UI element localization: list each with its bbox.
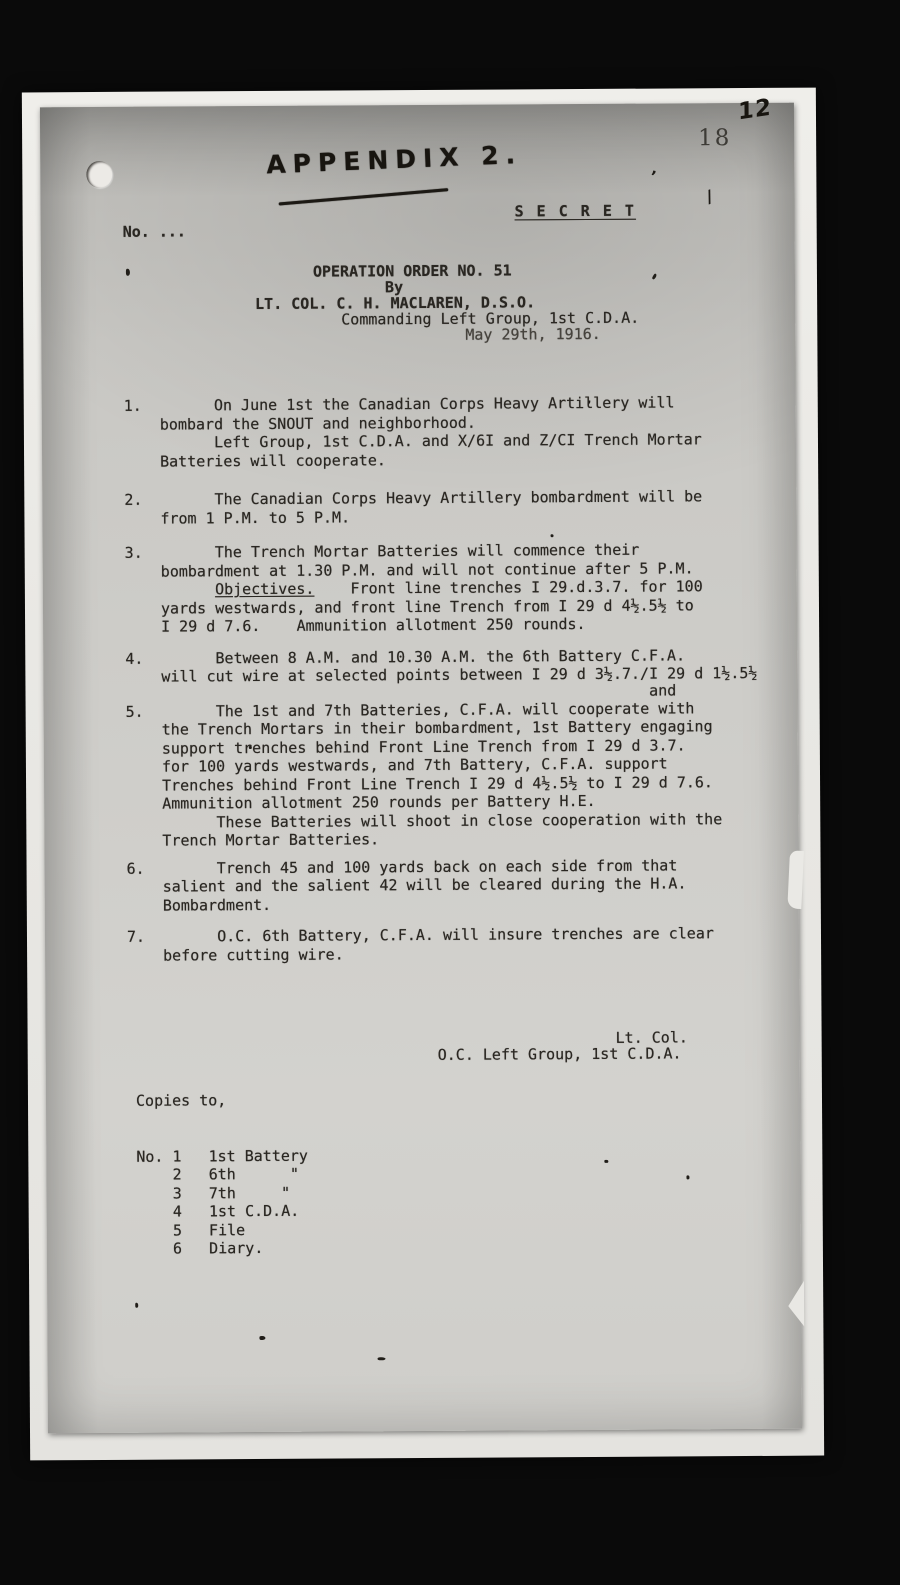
order-date: May 29th, 1916. <box>465 325 601 344</box>
order-paragraph: 4. Between 8 A.M. and 10.30 A.M. the 6th… <box>125 645 785 700</box>
order-paragraphs: 1. On June 1st the Canadian Corps Heavy … <box>124 393 787 965</box>
paragraph-line: Trench Mortar Batteries. <box>162 828 722 850</box>
scan-background: APPENDIX 2. 12 18 ’ / ’ S E C R E T No. … <box>0 0 900 1585</box>
copies-line: 2 6th " <box>136 1165 308 1185</box>
paragraph-line: Bombardment. <box>163 893 687 915</box>
order-number-line: No. ... <box>123 222 186 241</box>
ink-mark: / <box>703 187 715 208</box>
paragraph-line: Trenches behind Front Line Trench I 29 d… <box>162 773 722 795</box>
ink-speck <box>135 1303 138 1308</box>
copies-list: Copies to, No. 1 1st Battery 2 6th " 3 7… <box>136 1054 309 1259</box>
paragraph-line: I 29 d 7.6. Ammunition allotment 250 rou… <box>161 614 703 636</box>
copies-line: 6 Diary. <box>137 1239 309 1259</box>
paragraph-number: 4. <box>125 649 161 668</box>
document-page: APPENDIX 2. 12 18 ’ / ’ S E C R E T No. … <box>40 103 802 1434</box>
paragraph-line: Batteries will cooperate. <box>160 449 702 471</box>
ink-mark: ’ <box>649 167 658 186</box>
ink-speck <box>652 273 658 280</box>
corner-number-handwritten: 12 <box>738 94 772 125</box>
copies-line: 4 1st C.D.A. <box>137 1202 309 1222</box>
page-number-stamp: 18 <box>698 125 731 151</box>
paragraph-line: and <box>161 682 757 700</box>
paragraph-line: yards westwards, and front line Trench f… <box>161 596 703 618</box>
signature-role: O.C. Left Group, 1st C.D.A. <box>438 1044 682 1064</box>
ink-speck <box>686 1175 689 1179</box>
paragraph-line: before cutting wire. <box>163 943 714 965</box>
paragraph-line: Left Group, 1st C.D.A. and X/6I and Z/CI… <box>160 430 702 452</box>
copies-line: 3 7th " <box>137 1183 309 1203</box>
paragraph-number: 1. <box>124 397 160 416</box>
ink-speck <box>604 1160 608 1163</box>
appendix-handwritten-label: APPENDIX 2. <box>266 140 523 179</box>
paragraph-body: On June 1st the Canadian Corps Heavy Art… <box>160 393 702 470</box>
hole-punch <box>86 161 112 188</box>
order-paragraph: 3. The Trench Mortar Batteries will comm… <box>125 540 786 637</box>
paragraph-line: O.C. 6th Battery, C.F.A. will insure tre… <box>163 924 714 946</box>
classification-secret: S E C R E T <box>515 202 636 221</box>
ink-speck <box>249 746 252 749</box>
copies-line: 5 File <box>137 1220 309 1240</box>
paragraph-body: Between 8 A.M. and 10.30 A.M. the 6th Ba… <box>161 645 757 700</box>
paragraph-line: from 1 P.M. to 5 P.M. <box>160 506 702 528</box>
paragraph-body: O.C. 6th Battery, C.F.A. will insure tre… <box>163 924 714 964</box>
torn-edge-notch <box>787 850 804 909</box>
copies-label: Copies to, <box>136 1091 308 1111</box>
torn-edge-tear <box>788 1281 804 1327</box>
order-paragraph: 7. O.C. 6th Battery, C.F.A. will insure … <box>127 924 787 965</box>
backing-sheet: APPENDIX 2. 12 18 ’ / ’ S E C R E T No. … <box>22 88 824 1461</box>
order-paragraph: 1. On June 1st the Canadian Corps Heavy … <box>124 393 784 471</box>
paragraph-number: 7. <box>127 928 163 947</box>
order-paragraph: 5. The 1st and 7th Batteries, C.F.A. wil… <box>126 698 787 850</box>
paragraph-line: On June 1st the Canadian Corps Heavy Art… <box>160 393 702 415</box>
ink-speck <box>378 1357 386 1360</box>
copies-line: No. 1 1st Battery <box>136 1146 308 1166</box>
paragraph-number: 2. <box>124 491 160 510</box>
paragraph-number: 6. <box>127 859 163 878</box>
order-title: OPERATION ORDER NO. 51 <box>313 261 512 281</box>
underlined-word: Objectives. <box>215 580 314 599</box>
paragraph-body: The Trench Mortar Batteries will commenc… <box>161 540 703 636</box>
paragraph-line: salient and the salient 42 will be clear… <box>163 874 687 896</box>
ink-speck <box>126 269 130 276</box>
ink-speck <box>551 534 554 537</box>
paragraph-body: Trench 45 and 100 yards back on each sid… <box>163 856 687 915</box>
paragraph-number: 5. <box>126 702 162 721</box>
ink-speck <box>259 1336 265 1340</box>
order-paragraph: 2. The Canadian Corps Heavy Artillery bo… <box>124 487 784 528</box>
paragraph-body: The 1st and 7th Batteries, C.F.A. will c… <box>162 699 723 850</box>
appendix-underline-stroke <box>279 188 449 205</box>
paragraph-number: 3. <box>125 544 161 563</box>
paragraph-line: The Canadian Corps Heavy Artillery bomba… <box>160 487 702 509</box>
paragraph-line: These Batteries will shoot in close coop… <box>162 810 722 832</box>
paragraph-body: The Canadian Corps Heavy Artillery bomba… <box>160 487 702 527</box>
order-paragraph: 6. Trench 45 and 100 yards back on each … <box>127 855 787 915</box>
